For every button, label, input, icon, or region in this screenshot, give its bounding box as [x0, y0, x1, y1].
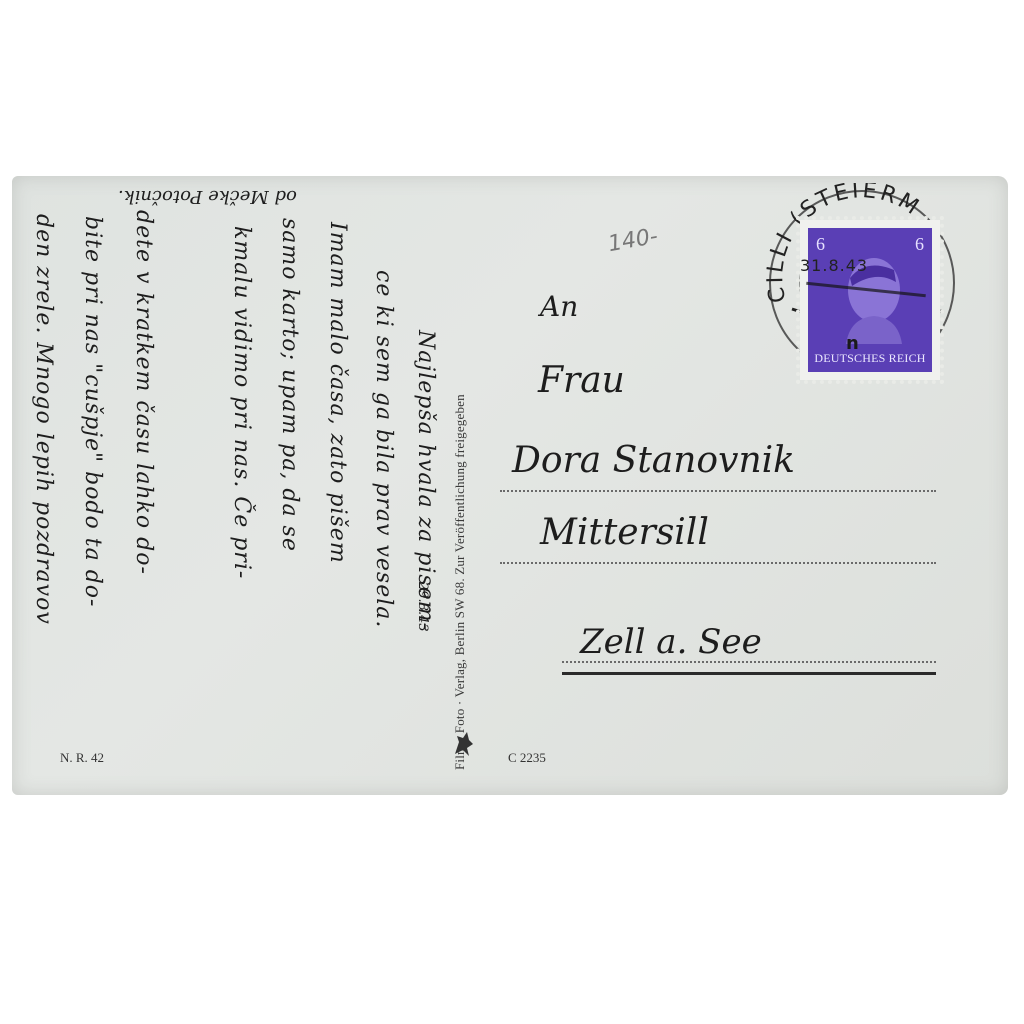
address-line2: Zell a. See: [580, 622, 762, 662]
address-line-rule: [562, 661, 936, 663]
message-line: dete v kratkem času lahko do-: [131, 210, 156, 575]
message-line: bite pri nas "cušpje" bodo ta do-: [80, 216, 105, 607]
stamp-denomination: 6: [816, 234, 825, 255]
message-date: 29.8.43: [415, 582, 430, 632]
postmark-date: 31.8.43: [800, 256, 868, 275]
stamp-denomination: 6: [915, 234, 924, 255]
address-line1: Mittersill: [540, 512, 709, 553]
message-line: samo karto; upam pa, da se: [277, 218, 302, 552]
message-line: Imam malo časa, zato pišem: [325, 222, 350, 564]
publisher-imprint: Film · Foto · Verlag, Berlin SW 68. Zur …: [452, 210, 486, 770]
postmark-letter: n: [846, 333, 859, 354]
address-name: Dora Stanovnik: [512, 440, 795, 481]
series-code: N. R. 42: [60, 750, 104, 766]
message-line: ce ki sem ga bila prav vesela.: [371, 270, 396, 628]
address-line-rule: [500, 562, 936, 564]
publisher-logo-icon: [451, 728, 477, 758]
postage-stamp: 6 6 DEUTSCHES REICH: [800, 220, 940, 380]
address-line-rule: [500, 490, 936, 492]
message-line: kmalu vidimo pri nas. Če pri-: [229, 226, 254, 579]
address-underline: [562, 672, 936, 675]
message-line: den zrele. Mnogo lepih pozdravov: [31, 214, 56, 625]
message-signature-line: od Mečke Potočnik.: [118, 186, 297, 207]
address-salutation: An: [540, 290, 578, 323]
address-title: Frau: [538, 360, 625, 401]
card-code: C 2235: [508, 750, 546, 766]
stamp-inscription: DEUTSCHES REICH: [808, 351, 932, 366]
